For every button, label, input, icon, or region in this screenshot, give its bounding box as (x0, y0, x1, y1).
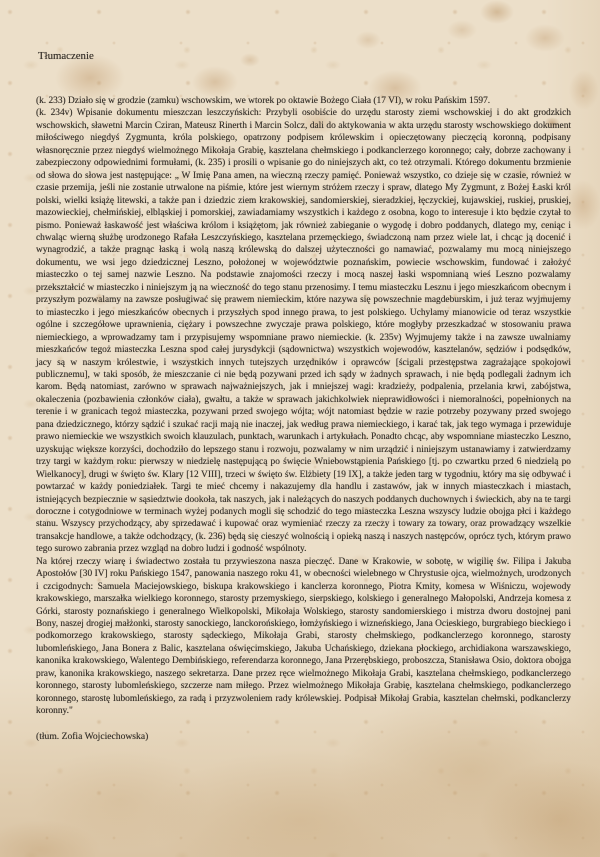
scanned-document-page: Tłumaczenie (k. 233) Działo się w grodzi… (0, 0, 600, 857)
paragraph-witnesses-datum: Na której rzeczy wiarę i świadectwo zost… (36, 556, 571, 718)
document-content: Tłumaczenie (k. 233) Działo się w grodzi… (36, 50, 571, 742)
document-body: (k. 233) Działo się w grodzie (zamku) ws… (36, 95, 571, 718)
translator-note: (tłum. Zofia Wojciechowska) (36, 731, 571, 742)
paragraph-charter-body: (k. 234v) Wpisanie dokumentu mieszczan l… (36, 107, 571, 555)
paragraph-date-heading: (k. 233) Działo się w grodzie (zamku) ws… (36, 95, 571, 107)
document-title: Tłumaczenie (38, 50, 571, 62)
